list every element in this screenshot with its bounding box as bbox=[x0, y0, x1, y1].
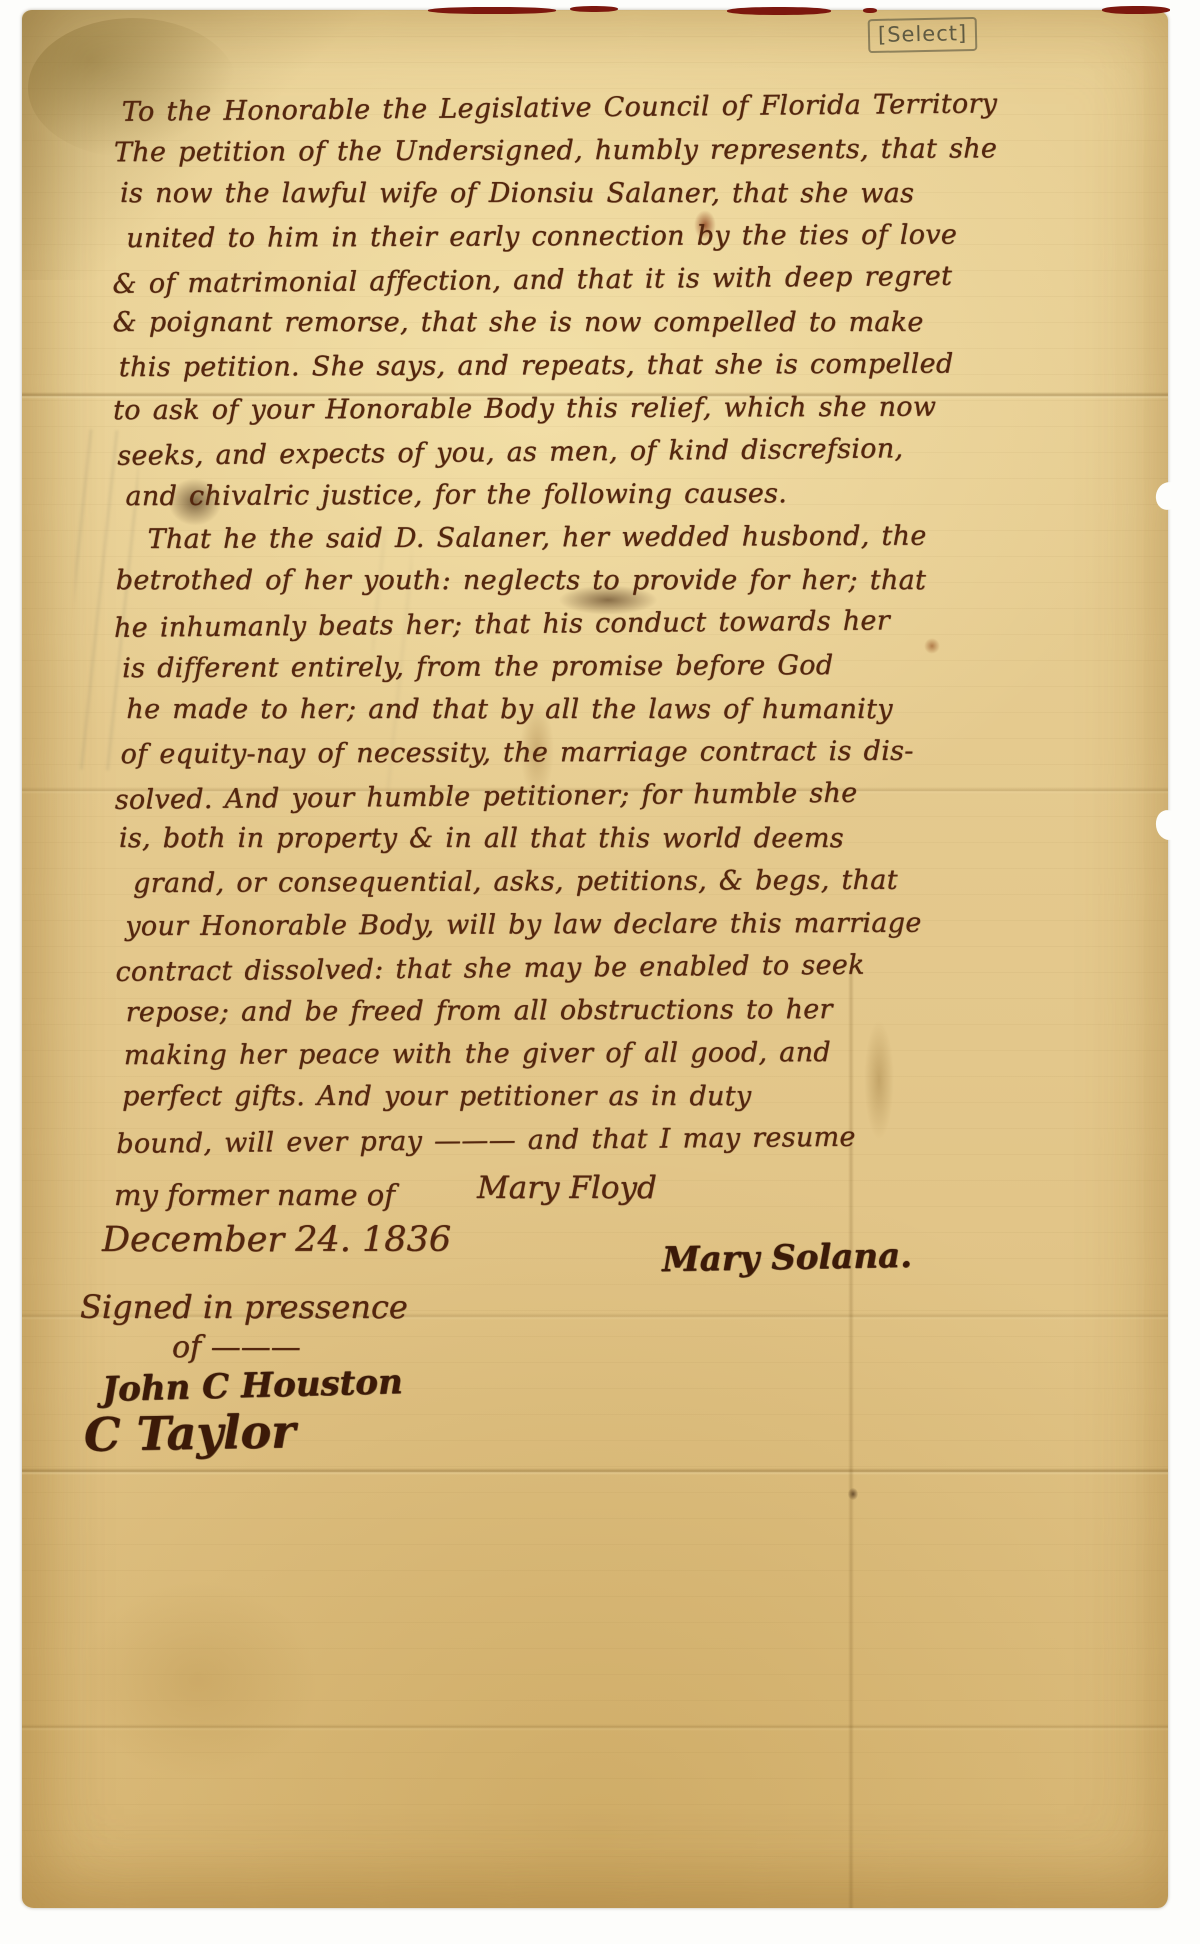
backdrop-sliver bbox=[1102, 6, 1170, 14]
manuscript-line: That he the said D. Salaner, her wedded … bbox=[148, 514, 1122, 561]
manuscript-line: & poignant remorse, that she is now comp… bbox=[113, 301, 1121, 344]
edge-notch bbox=[1154, 808, 1183, 842]
manuscript-line: bound, will ever pray ——— and that I may… bbox=[116, 1113, 1124, 1166]
backdrop-sliver bbox=[570, 6, 618, 12]
select-annotation-text: [Select] bbox=[878, 21, 968, 47]
manuscript-line: and chivalric justice, for the following… bbox=[125, 471, 1121, 518]
manuscript-line: is now the lawful wife of Dionsiu Salane… bbox=[120, 172, 1120, 215]
petition-body: To the Honorable the Legislative Council… bbox=[112, 84, 1125, 1163]
date-line: December 24. 1836 bbox=[102, 1220, 451, 1260]
fold-crease bbox=[22, 1468, 1168, 1475]
manuscript-line: your Honorable Body, will by law declare… bbox=[125, 901, 1123, 948]
manuscript-line: perfect gifts. And your petitioner as in… bbox=[122, 1075, 1124, 1118]
manuscript-line: making her peace with the giver of all g… bbox=[124, 1030, 1124, 1077]
former-name: Mary Floyd bbox=[477, 1170, 657, 1206]
witness-signature-taylor: C Taylor bbox=[84, 1404, 296, 1462]
manuscript-line: he inhumanly beats her; that his conduct… bbox=[114, 597, 1122, 650]
former-name-label: my former name of bbox=[114, 1178, 395, 1212]
manuscript-line: contract dissolved: that she may be enab… bbox=[115, 941, 1123, 994]
scanned-document: [Select] To the Honorable the Legislativ… bbox=[0, 0, 1200, 1944]
manuscript-line: & of matrimonial affection, and that it … bbox=[112, 253, 1120, 306]
paper-stain bbox=[78, 1580, 318, 1780]
manuscript-page: [Select] To the Honorable the Legislativ… bbox=[22, 10, 1168, 1908]
manuscript-line: The petition of the Undersigned, humbly … bbox=[114, 127, 1120, 174]
backdrop-sliver bbox=[863, 8, 877, 13]
manuscript-line: of equity-nay of necessity, the marriage… bbox=[120, 729, 1122, 776]
manuscript-line: is different entirely, from the promise … bbox=[122, 643, 1122, 690]
backdrop-sliver bbox=[727, 7, 831, 15]
manuscript-line: is, both in property & in all that this … bbox=[119, 817, 1123, 860]
witness-statement: Signed in pressence bbox=[80, 1288, 408, 1326]
manuscript-line: grand, or consequential, asks, petitions… bbox=[133, 858, 1123, 905]
witness-signature-houston: John C Houston bbox=[102, 1362, 404, 1410]
edge-notch bbox=[1153, 479, 1183, 512]
manuscript-line: this petition. She says, and repeats, th… bbox=[119, 342, 1121, 389]
manuscript-line: to ask of your Honorable Body this relie… bbox=[113, 385, 1121, 432]
petitioner-signature: Mary Solana. bbox=[662, 1236, 913, 1280]
manuscript-line: betrothed of her youth: neglects to prov… bbox=[116, 559, 1122, 602]
manuscript-line: repose; and be freed from all obstructio… bbox=[126, 987, 1124, 1034]
manuscript-line: solved. And your humble petitioner; for … bbox=[115, 769, 1123, 822]
backdrop-sliver bbox=[428, 7, 556, 14]
manuscript-line: seeks, and expects of you, as men, of ki… bbox=[117, 425, 1121, 478]
select-annotation: [Select] bbox=[868, 17, 978, 53]
witness-statement-of: of ——— bbox=[172, 1330, 301, 1365]
manuscript-line: he made to her; and that by all the laws… bbox=[126, 688, 1122, 731]
manuscript-line: To the Honorable the Legislative Council… bbox=[122, 81, 1120, 134]
fold-crease bbox=[22, 1724, 1168, 1731]
manuscript-line: united to him in their early connection … bbox=[126, 213, 1120, 260]
